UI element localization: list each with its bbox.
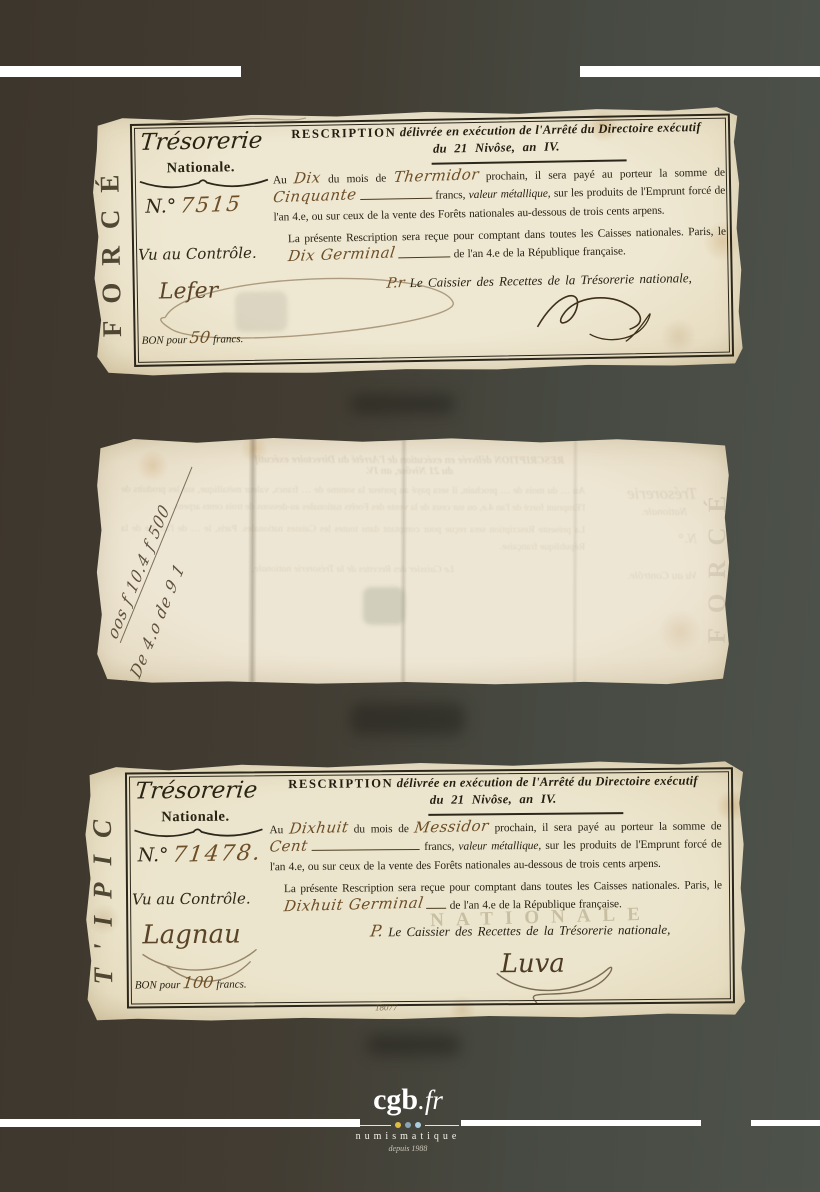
catalog-page: FORCÉ Trésorerie Nationale. N.° 7515 Vu …	[0, 0, 820, 1192]
title-rule	[428, 812, 623, 816]
title-rest: délivrée en exécution de l'Arrêté du Dir…	[397, 774, 698, 791]
cashier-line: P. Le Caissier des Recettes de la Trésor…	[370, 922, 670, 941]
plate-number: 18077	[375, 1002, 398, 1012]
body-text: du mois de	[328, 173, 386, 186]
divider-bar-bottom-mid	[461, 1120, 701, 1126]
body-text: prochain, il sera payé au porteur la som…	[486, 167, 725, 183]
divider-bar-bottom-left	[0, 1119, 360, 1127]
divider-bar-top-left	[0, 66, 241, 77]
serial-number: N.° 71478.	[138, 843, 262, 866]
bon-prefix: BON pour	[142, 334, 188, 347]
handwritten-date: Dixhuit Germinal	[269, 897, 424, 915]
divider-bar-bottom-right	[751, 1120, 820, 1126]
bon-pour-line: BON pour 50 francs.	[142, 330, 244, 347]
logo-divider	[336, 1122, 480, 1128]
edge-ghost-letters: FORCÉ	[703, 438, 734, 686]
bon-prefix: BON pour	[135, 979, 181, 991]
ghost-issuer2: Nationale.	[585, 506, 687, 518]
date-rule	[426, 899, 446, 909]
bon-suffix: francs.	[213, 333, 243, 346]
cgb-tld-text: .fr	[418, 1085, 443, 1115]
margin-plate-letters: T'IPIC	[84, 765, 122, 1023]
cashier-prefix: P.r	[386, 277, 405, 290]
cashier-signature-scribble	[529, 282, 680, 349]
serial-number-label: N.°	[145, 195, 176, 218]
document-content: Trésorerie Nationale. N.° 71478. Vu au C…	[131, 773, 727, 1002]
serial-number-value: 71478.	[171, 844, 263, 866]
control-label: Vu au Contrôle.	[132, 889, 251, 908]
body-paragraph-1: Au Dixhuit du mois de Messidor prochain,…	[269, 817, 721, 876]
margin-plate-letters: FORCÉ	[91, 116, 132, 378]
fold-crease	[247, 436, 257, 684]
cgb-brand-text: cgb	[373, 1083, 418, 1116]
ghost-control: Vu au Contrôle.	[585, 570, 697, 582]
body-text: Au	[273, 174, 287, 186]
cgb-logo-wordmark: cgb.fr	[336, 1085, 480, 1115]
logo-dot-slate	[405, 1122, 411, 1128]
cashier-signature-flourish	[483, 966, 633, 1009]
issuer-name-line1: Trésorerie	[134, 777, 259, 804]
ghost-number-label: N.°	[585, 532, 697, 548]
issuer-name-line2: Nationale.	[167, 159, 236, 177]
faint-stamp-blob	[363, 587, 405, 625]
handwritten-month: Messidor	[414, 820, 490, 835]
issuer-name-line2: Nationale.	[161, 809, 229, 827]
body-text: francs,	[435, 190, 465, 203]
handwritten-amount: Cinquante	[272, 189, 357, 205]
bon-amount: 100	[182, 975, 215, 990]
logo-tagline: numismatique	[336, 1131, 480, 1142]
amount-rule	[312, 840, 420, 851]
body-paragraph-1: Au Dix du mois de Thermidor prochain, il…	[273, 164, 726, 227]
document-rescription-100f: T'IPIC Trésorerie Nationale. N.° 71478. …	[83, 759, 747, 1023]
body-text: du mois de	[354, 823, 409, 835]
body-text: Au	[269, 824, 283, 836]
title-line2: du 21 Nivôse, an IV.	[267, 790, 719, 809]
body-text: de l'an 4.e de la République française.	[454, 246, 626, 261]
serial-number: N.° 7515	[145, 194, 242, 218]
bon-suffix: francs.	[216, 978, 246, 990]
body-text-italic: valeur métallique,	[469, 188, 551, 201]
handwritten-amount: Cent	[269, 840, 309, 855]
edge-ghost-text: FORCÉ	[704, 481, 733, 644]
ghost-issuer1: Trésorerie	[585, 484, 697, 504]
handwritten-day: Dixhuit	[288, 821, 349, 836]
serial-number-label: N.°	[138, 844, 169, 866]
brace-ornament	[137, 176, 271, 192]
erased-stamp-blob	[235, 291, 288, 332]
faded-caption-smudge	[350, 394, 455, 414]
title-word: RESCRIPTION	[288, 776, 393, 791]
fold-crease	[572, 438, 579, 686]
ghost-issuer-block: Trésorerie Nationale. N.° Vu au Contrôle…	[585, 484, 697, 582]
margin-letters-text: T'IPIC	[87, 803, 120, 985]
document-rescription-50f: FORCÉ Trésorerie Nationale. N.° 7515 Vu …	[90, 105, 744, 377]
title-word: RESCRIPTION	[291, 125, 396, 141]
control-label: Vu au Contrôle.	[138, 244, 257, 264]
logo-divider-line	[425, 1125, 459, 1126]
body-text: La présente Rescription sera reçue pour …	[284, 880, 680, 895]
body-text-italic: valeur métallique,	[458, 840, 541, 853]
bon-pour-line: BON pour 100 francs.	[135, 975, 247, 991]
title-rule	[432, 159, 627, 164]
body-text: francs,	[424, 841, 454, 853]
logo-dot-blue	[415, 1122, 421, 1128]
fold-crease	[400, 437, 408, 685]
document-content: Trésorerie Nationale. N.° 7515 Vu au Con…	[136, 120, 726, 361]
divider-bar-top-right	[580, 66, 820, 77]
brace-ornament	[131, 825, 265, 840]
handwritten-day: Dix	[293, 171, 322, 185]
date-rule	[398, 248, 450, 259]
faded-caption-smudge	[366, 1034, 461, 1056]
margin-letters-text: FORCÉ	[94, 157, 128, 337]
cgb-logo: cgb.fr numismatique depuis 1988	[336, 1085, 480, 1153]
logo-since: depuis 1988	[336, 1144, 480, 1153]
handwritten-month: Thermidor	[393, 168, 480, 185]
faded-caption-smudge	[350, 703, 465, 735]
logo-divider-line	[357, 1125, 391, 1126]
body-text: Paris, le	[684, 879, 722, 891]
body-text: prochain, il sera payé au porteur la som…	[494, 820, 721, 834]
document-rescription-verso: RESCRIPTION délivrée en exécution de l'A…	[95, 436, 732, 686]
body-paragraph-2: La présente Rescription sera reçue pour …	[274, 223, 727, 268]
title-line1: RESCRIPTION délivrée en exécution de l'A…	[267, 773, 719, 792]
bon-amount: 50	[189, 330, 211, 345]
handwritten-date: Dix Germinal	[273, 247, 396, 265]
logo-dot-yellow	[395, 1122, 401, 1128]
body-text: Paris, le	[688, 226, 726, 239]
issuer-name-line1: Trésorerie	[139, 128, 263, 156]
cashier-prefix: P.	[369, 924, 384, 939]
body-text: La présente Rescription sera reçue pour …	[288, 226, 684, 245]
amount-rule	[360, 189, 432, 200]
serial-number-value: 7515	[179, 194, 243, 215]
cashier-text: Le Caissier des Recettes de la Trésoreri…	[388, 922, 670, 939]
